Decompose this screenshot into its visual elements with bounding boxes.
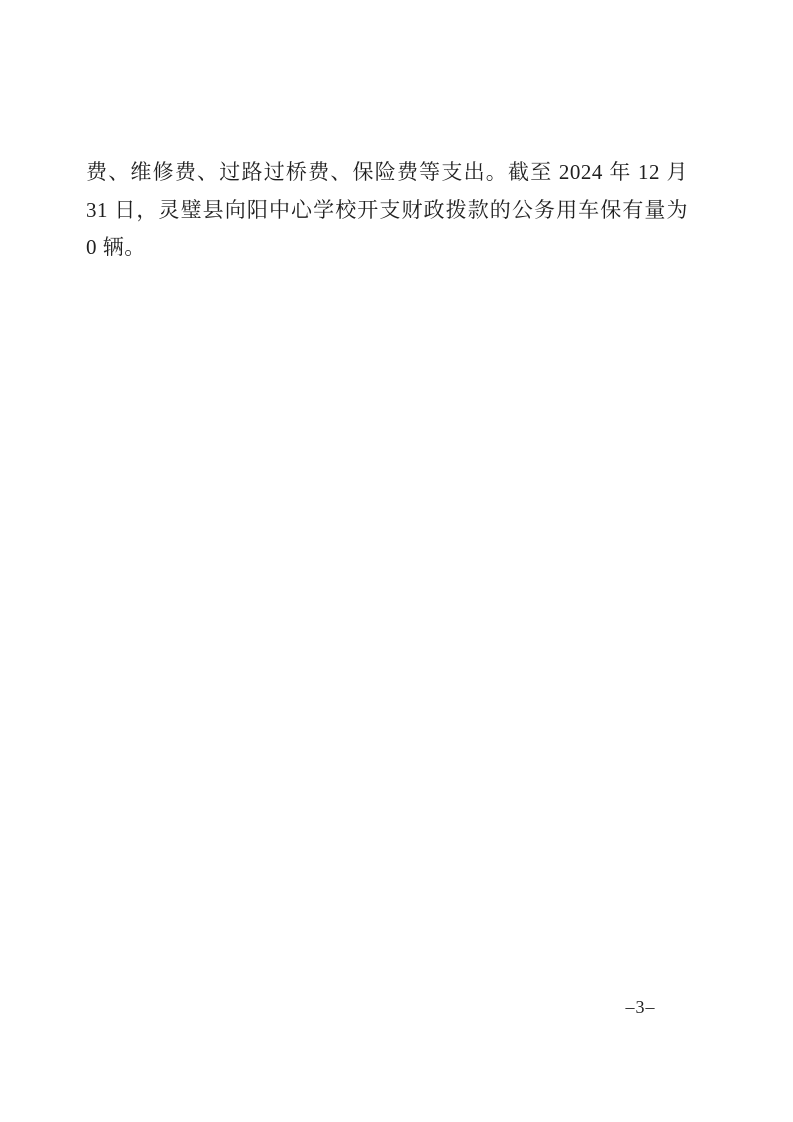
paragraph-line: 费、维修费、过路过桥费、保险费等支出。截至 2024 年 12 月	[86, 154, 688, 192]
body-paragraph: 费、维修费、过路过桥费、保险费等支出。截至 2024 年 12 月 31 日，灵…	[86, 154, 688, 267]
paragraph-line: 31 日，灵璧县向阳中心学校开支财政拨款的公务用车保有量为	[86, 192, 688, 230]
page-number: –3–	[588, 996, 693, 1018]
paragraph-line: 0 辆。	[86, 229, 688, 267]
document-page: 费、维修费、过路过桥费、保险费等支出。截至 2024 年 12 月 31 日，灵…	[0, 0, 793, 1122]
